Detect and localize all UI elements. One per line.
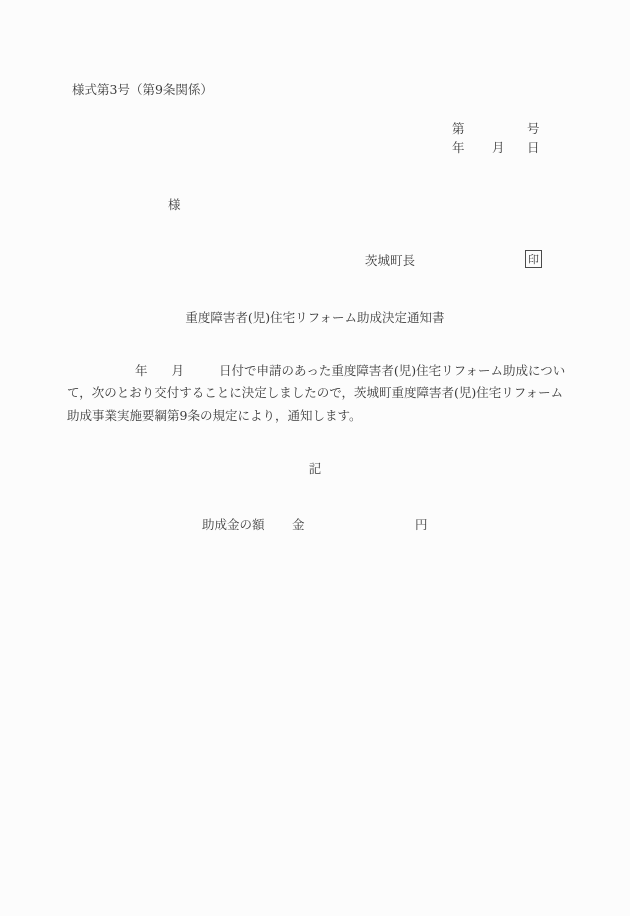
seal-box: 印 (525, 250, 542, 268)
blank-year-slot (148, 374, 172, 375)
form-number: 様式第3号（第9条関係） (72, 81, 213, 99)
blank-date-indent (67, 374, 135, 375)
doc-number-suffix: 号 (527, 120, 540, 138)
grant-currency-suffix: 円 (415, 516, 428, 534)
document-page: 様式第3号（第9条関係） 第 号 年 月 日 様 茨城町長 印 重度障害者(児)… (0, 0, 630, 916)
body-line-1: 年月日付で申請のあった重度障害者(児)住宅リフォーム助成につい (67, 360, 567, 382)
body-line-2: て，次のとおり交付することに決定しましたので，茨城町重度障害者(児)住宅リフォー… (67, 382, 567, 404)
body-line-1-text: 日付で申請のあった重度障害者(児)住宅リフォーム助成につい (219, 363, 565, 378)
body-date-year: 年 (135, 363, 148, 378)
body-date-month: 月 (172, 363, 185, 378)
body-line-3: 助成事業実施要綱第9条の規定により，通知します。 (67, 405, 567, 427)
grant-currency-prefix: 金 (292, 516, 305, 534)
document-title: 重度障害者(児)住宅リフォーム助成決定通知書 (0, 309, 630, 327)
grant-amount-label: 助成金の額 (202, 516, 265, 534)
seal-label: 印 (528, 253, 539, 266)
blank-month-slot (184, 374, 219, 375)
body-paragraph: 年月日付で申請のあった重度障害者(児)住宅リフォーム助成につい て，次のとおり交… (67, 360, 567, 427)
sender-title: 茨城町長 (365, 252, 415, 270)
recipient-honorific: 様 (168, 196, 181, 214)
doc-number-prefix: 第 (452, 120, 465, 138)
date-day-label: 日 (527, 139, 540, 157)
date-year-label: 年 (452, 139, 465, 157)
date-month-label: 月 (492, 139, 505, 157)
record-marker: 記 (0, 460, 630, 478)
